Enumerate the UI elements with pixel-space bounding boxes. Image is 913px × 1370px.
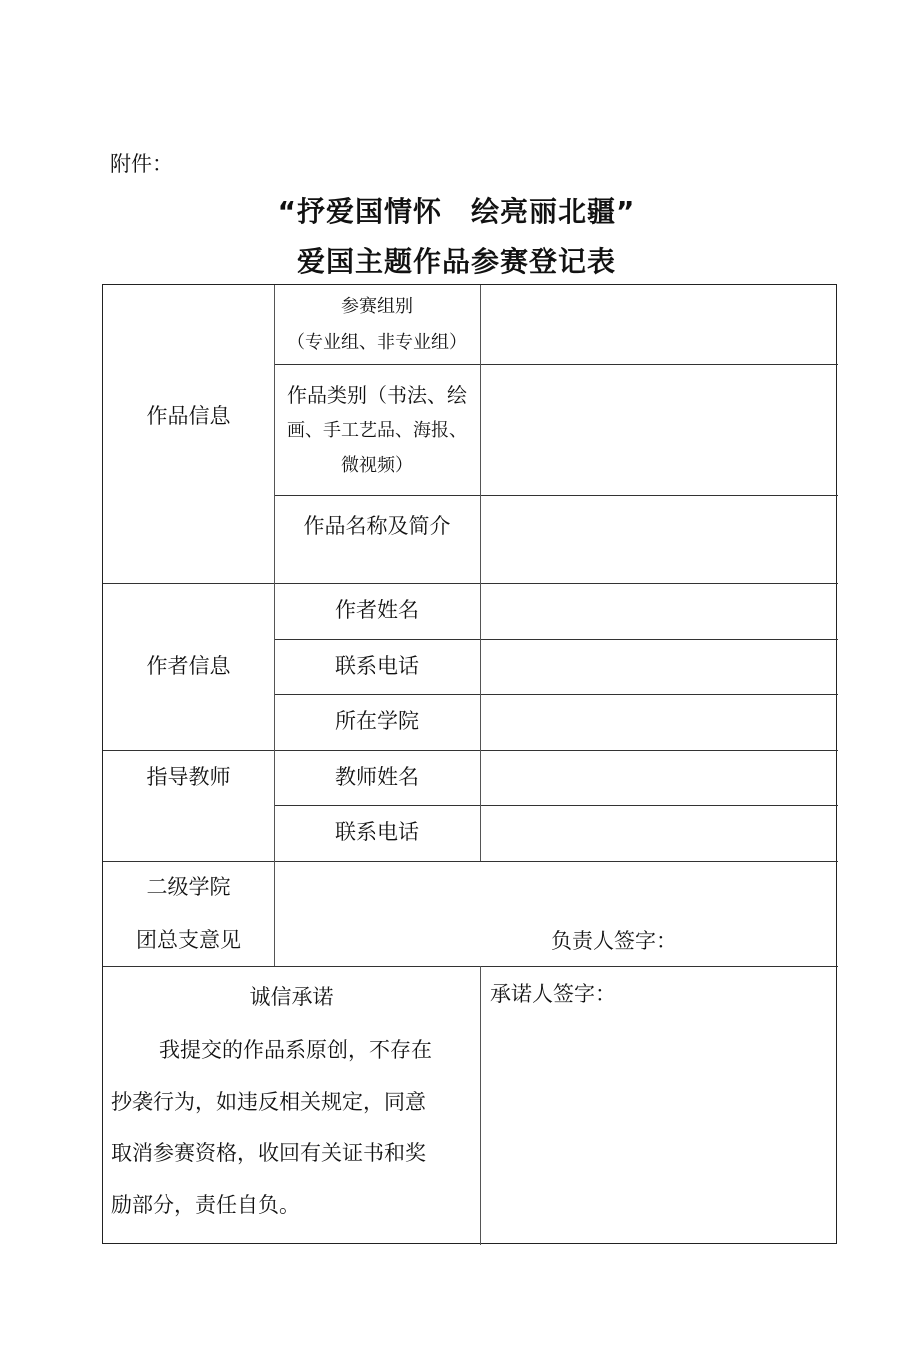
college-opinion-label-line1: 二级学院 bbox=[147, 861, 231, 914]
field-value-author-name[interactable] bbox=[480, 583, 838, 639]
section-label-advisor: 指导教师 bbox=[103, 750, 274, 805]
field-label-advisor-name: 教师姓名 bbox=[274, 750, 480, 805]
field-value-advisor-phone[interactable] bbox=[480, 805, 838, 861]
section-label-author-info: 作者信息 bbox=[103, 583, 274, 750]
responsible-signature-label: 负责人签字： bbox=[551, 925, 677, 955]
field-label-category: 作品类别（书法、绘 画、手工艺品、海报、 微视频） bbox=[274, 364, 480, 495]
page-title-line2: 爱国主题作品参赛登记表 bbox=[0, 240, 913, 280]
group-label-line2: （专业组、非专业组） bbox=[287, 325, 467, 360]
pledger-signature-area[interactable] bbox=[481, 1015, 837, 1243]
pledge-line2: 抄袭行为，如违反相关规定，同意 bbox=[103, 1077, 480, 1128]
field-label-author-phone: 联系电话 bbox=[274, 639, 480, 694]
field-value-author-college[interactable] bbox=[480, 694, 838, 750]
field-label-author-name: 作者姓名 bbox=[274, 583, 480, 639]
field-value-category[interactable] bbox=[480, 364, 838, 495]
section-label-work-info: 作品信息 bbox=[103, 285, 274, 583]
field-label-advisor-phone: 联系电话 bbox=[274, 805, 480, 861]
pledger-signature-label: 承诺人签字： bbox=[490, 978, 616, 1008]
pledge-heading: 诚信承诺 bbox=[103, 966, 480, 1023]
field-label-title-intro: 作品名称及简介 bbox=[274, 495, 480, 583]
field-value-group[interactable] bbox=[480, 285, 838, 364]
page-title-line1: “抒爱国情怀 绘亮丽北疆” bbox=[0, 190, 913, 230]
category-label-line1: 作品类别（书法、绘 bbox=[287, 380, 467, 410]
group-label-line1: 参赛组别 bbox=[341, 289, 413, 324]
section-label-college-opinion: 二级学院 团总支意见 bbox=[103, 861, 274, 966]
field-label-author-college: 所在学院 bbox=[274, 694, 480, 750]
pledge-block: 诚信承诺 我提交的作品系原创，不存在 抄袭行为，如违反相关规定，同意 取消参赛资… bbox=[103, 966, 480, 1245]
field-value-author-phone[interactable] bbox=[480, 639, 838, 694]
attachment-label: 附件： bbox=[110, 148, 173, 178]
pledge-line1: 我提交的作品系原创，不存在 bbox=[103, 1025, 480, 1076]
field-label-group: 参赛组别 （专业组、非专业组） bbox=[274, 285, 480, 364]
field-value-advisor-name[interactable] bbox=[480, 750, 838, 805]
registration-table: 作品信息 参赛组别 （专业组、非专业组） 作品类别（书法、绘 画、手工艺品、海报… bbox=[102, 284, 837, 1244]
pledge-line4: 励部分，责任自负。 bbox=[103, 1180, 480, 1231]
field-value-title-intro[interactable] bbox=[480, 495, 838, 583]
pledge-line3: 取消参赛资格，收回有关证书和奖 bbox=[103, 1128, 480, 1179]
category-label-line2: 画、手工艺品、海报、 bbox=[287, 410, 467, 451]
category-label-line3: 微视频） bbox=[341, 452, 413, 479]
college-opinion-label-line2: 团总支意见 bbox=[136, 914, 241, 967]
